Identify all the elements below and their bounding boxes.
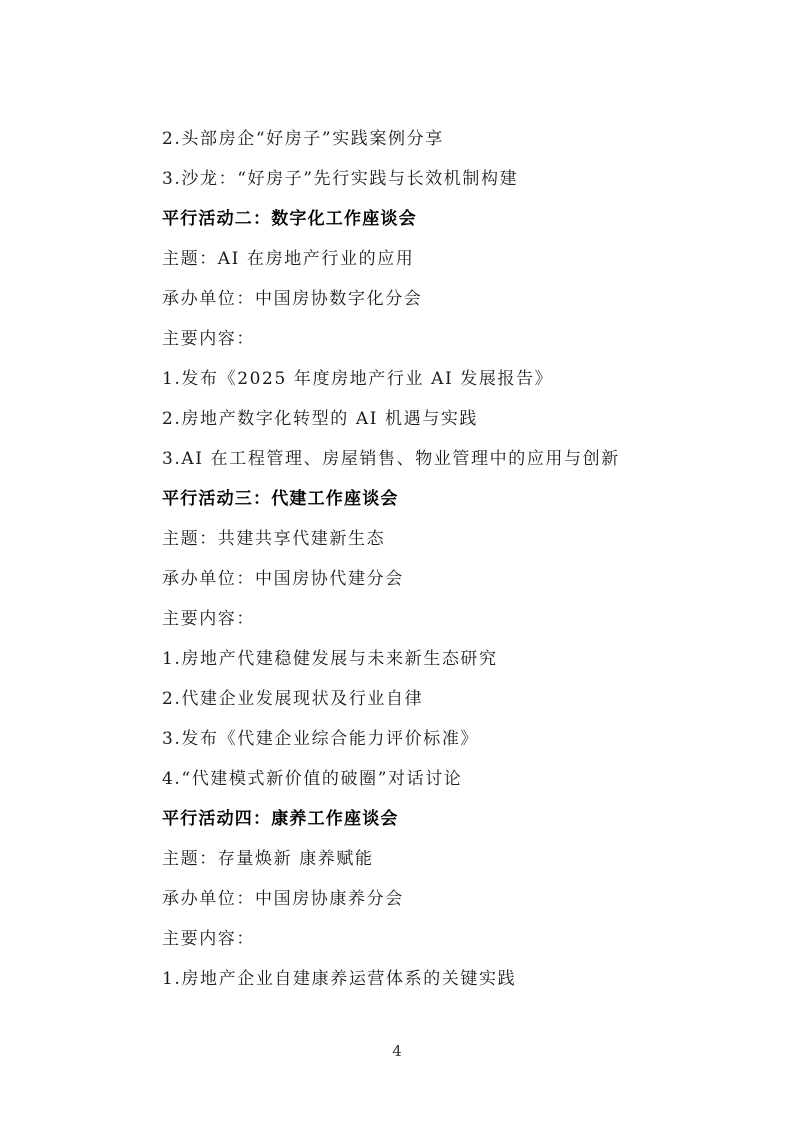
- list-item: 1.房地产企业自建康养运营体系的关键实践: [162, 968, 516, 990]
- section-heading: 平行活动二：数字化工作座谈会: [162, 208, 417, 230]
- content-label: 主要内容：: [162, 928, 255, 950]
- theme-line: 主题：存量焕新 康养赋能: [162, 848, 374, 870]
- organizer-line: 承办单位：中国房协康养分会: [162, 888, 404, 910]
- section-heading: 平行活动三：代建工作座谈会: [162, 488, 399, 510]
- list-item: 3.沙龙：“好房子”先行实践与长效机制构建: [162, 168, 518, 190]
- list-item: 3.发布《代建企业综合能力评价标准》: [162, 728, 479, 750]
- theme-line: 主题：AI 在房地产行业的应用: [162, 248, 414, 270]
- theme-line: 主题：共建共享代建新生态: [162, 528, 385, 550]
- list-item: 2.头部房企“好房子”实践案例分享: [162, 128, 444, 150]
- content-label: 主要内容：: [162, 608, 255, 630]
- list-item: 4.“代建模式新价值的破圈”对话讨论: [162, 768, 462, 790]
- page-number: 4: [0, 1042, 794, 1060]
- organizer-line: 承办单位：中国房协代建分会: [162, 568, 404, 590]
- document-page: 2.头部房企“好房子”实践案例分享 3.沙龙：“好房子”先行实践与长效机制构建 …: [0, 0, 794, 1123]
- list-item: 3.AI 在工程管理、房屋销售、物业管理中的应用与创新: [162, 448, 620, 470]
- list-item: 2.代建企业发展现状及行业自律: [162, 688, 423, 710]
- section-heading: 平行活动四：康养工作座谈会: [162, 808, 399, 830]
- list-item: 2.房地产数字化转型的 AI 机遇与实践: [162, 408, 478, 430]
- organizer-line: 承办单位：中国房协数字化分会: [162, 288, 422, 310]
- content-label: 主要内容：: [162, 328, 255, 350]
- list-item: 1.房地产代建稳健发展与未来新生态研究: [162, 648, 498, 670]
- list-item: 1.发布《2025 年度房地产行业 AI 发展报告》: [162, 368, 553, 390]
